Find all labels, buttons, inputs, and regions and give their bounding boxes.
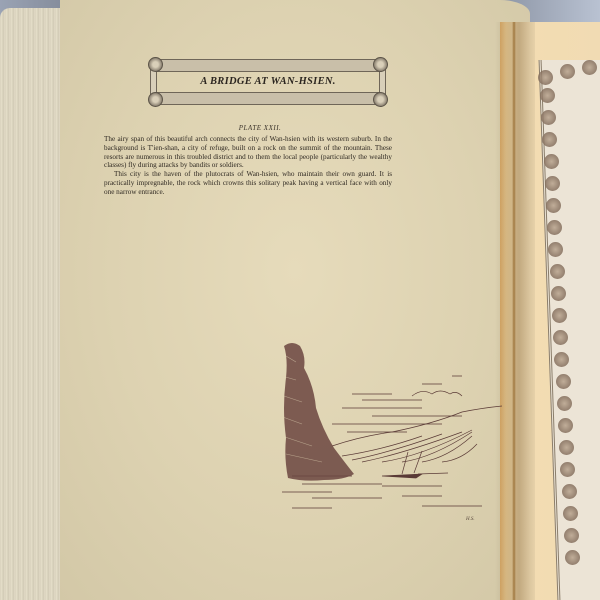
frame-top-bar bbox=[156, 59, 380, 72]
rosette-icon bbox=[373, 57, 388, 72]
scallop-ornament bbox=[558, 418, 573, 433]
scallop-ornament bbox=[582, 60, 597, 75]
scallop-ornament bbox=[564, 528, 579, 543]
paragraph: The airy span of this beautiful arch con… bbox=[104, 135, 392, 170]
scallop-ornament bbox=[540, 88, 555, 103]
scallop-ornament bbox=[563, 506, 578, 521]
title-frame: A BRIDGE AT WAN-HSIEN. bbox=[148, 57, 388, 107]
artist-signature: H.S. bbox=[466, 517, 475, 522]
river-rock-illustration bbox=[272, 336, 512, 526]
scallop-ornament bbox=[546, 198, 561, 213]
scallop-ornament bbox=[550, 264, 565, 279]
frame-bottom-bar bbox=[156, 92, 380, 105]
rosette-icon bbox=[373, 92, 388, 107]
scallop-ornament bbox=[538, 70, 553, 85]
scallop-ornament bbox=[545, 176, 560, 191]
paragraph: This city is the haven of the plutocrats… bbox=[104, 170, 392, 196]
rosette-icon bbox=[148, 57, 163, 72]
scallop-ornament bbox=[556, 374, 571, 389]
body-text: The airy span of this beautiful arch con… bbox=[104, 135, 392, 197]
page-title: A BRIDGE AT WAN-HSIEN. bbox=[148, 76, 388, 87]
scallop-ornament bbox=[544, 154, 559, 169]
scallop-ornament bbox=[562, 484, 577, 499]
scallop-ornament bbox=[552, 308, 567, 323]
scallop-ornament bbox=[560, 64, 575, 79]
plate-label: PLATE XXII. bbox=[110, 124, 410, 132]
scallop-ornament bbox=[557, 396, 572, 411]
scallop-ornament bbox=[551, 286, 566, 301]
rosette-icon bbox=[148, 92, 163, 107]
